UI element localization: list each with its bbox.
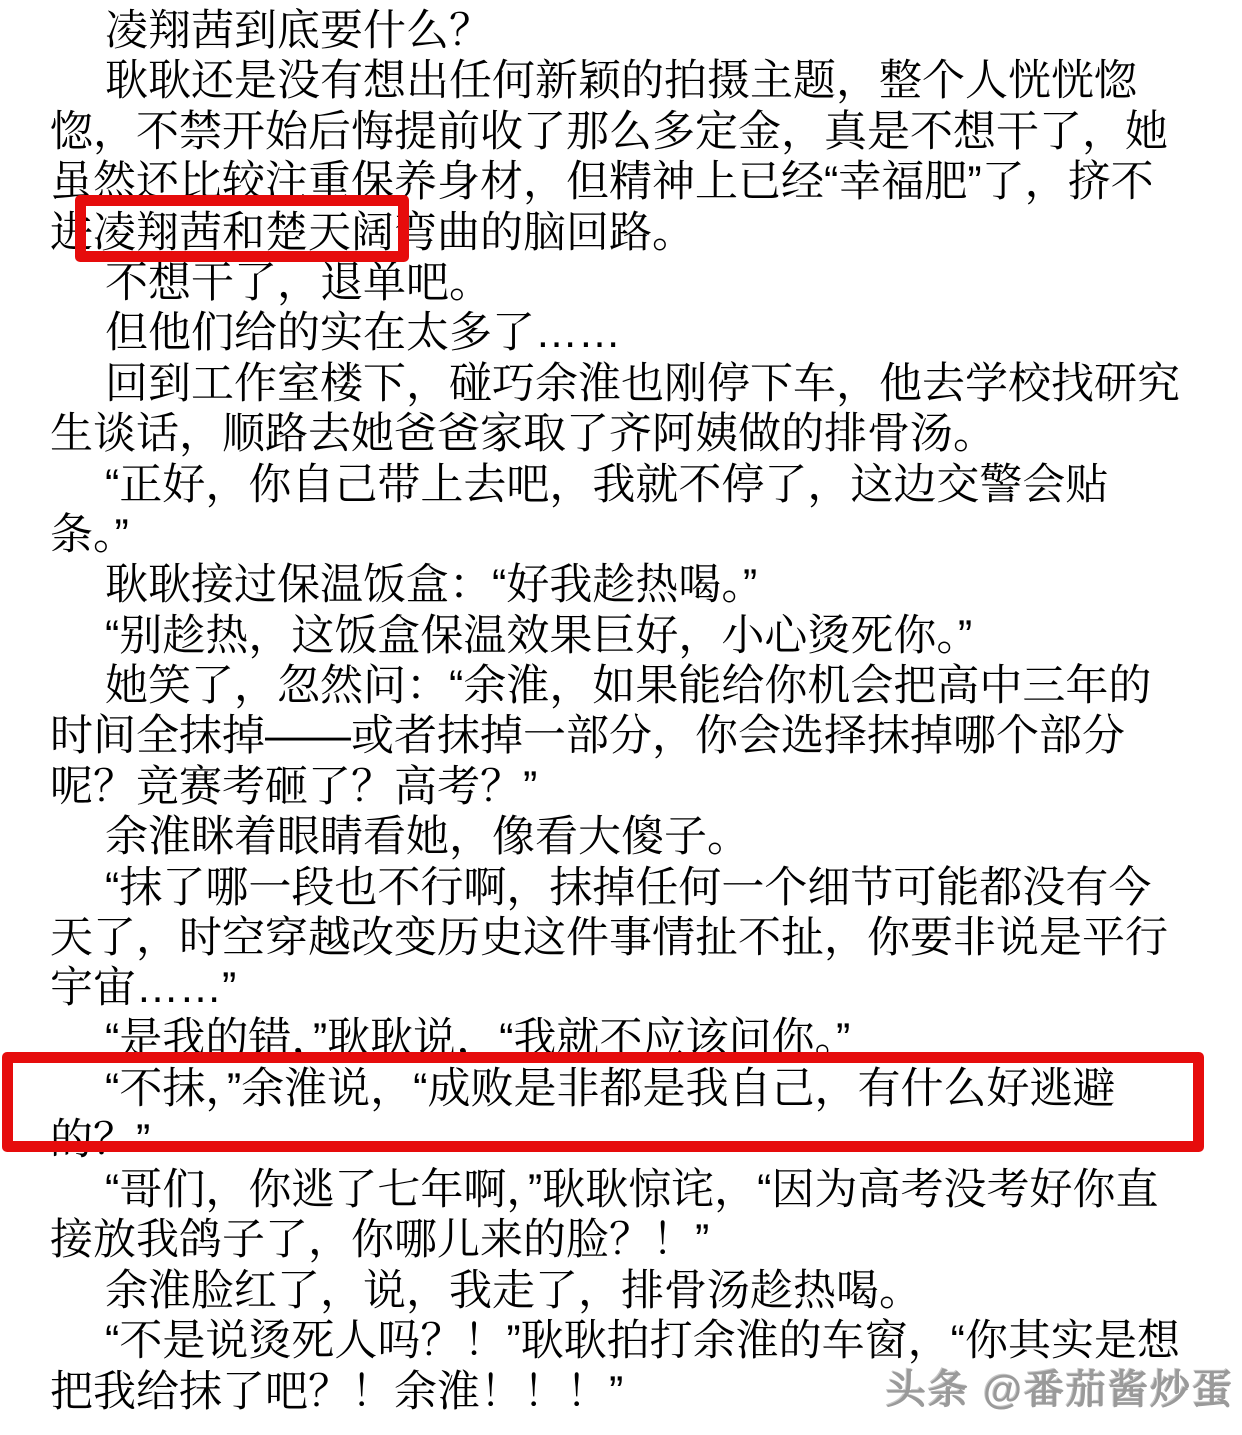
text-line: 虽然还比较注重保养身材，但精神上已经“幸福肥”了，挤不 bbox=[50, 157, 1230, 207]
text-line: “别趁热，这饭盒保温效果巨好，小心烫死你。” bbox=[50, 611, 1230, 661]
text-line: 不想干了，退单吧。 bbox=[50, 258, 1230, 308]
text-line: “抹了哪一段也不行啊，抹掉任何一个细节可能都没有今 bbox=[50, 863, 1230, 913]
text-line: 但他们给的实在太多了…… bbox=[50, 308, 1230, 358]
novel-text-page: 凌翔茜到底要什么？耿耿还是没有想出任何新颖的拍摄主题，整个人恍恍惚惚，不禁开始后… bbox=[50, 6, 1230, 1417]
text-line: 她笑了，忽然问：“余淮，如果能给你机会把高中三年的 bbox=[50, 661, 1230, 711]
text-line: 余淮脸红了，说，我走了，排骨汤趁热喝。 bbox=[50, 1266, 1230, 1316]
text-line: 接放我鸽子了，你哪儿来的脸？！” bbox=[50, 1215, 1230, 1265]
text-line: “哥们，你逃了七年啊，”耿耿惊诧，“因为高考没考好你直 bbox=[50, 1165, 1230, 1215]
text-line: 天了，时空穿越改变历史这件事情扯不扯，你要非说是平行 bbox=[50, 913, 1230, 963]
text-line: “正好，你自己带上去吧，我就不停了，这边交警会贴 bbox=[50, 460, 1230, 510]
text-line: 条。” bbox=[50, 510, 1230, 560]
text-line: 回到工作室楼下，碰巧余淮也刚停下车，他去学校找研究 bbox=[50, 359, 1230, 409]
text-line: 进凌翔茜和楚天阔弯曲的脑回路。 bbox=[50, 208, 1230, 258]
text-line: 惚，不禁开始后悔提前收了那么多定金，真是不想干了，她 bbox=[50, 107, 1230, 157]
text-line: 耿耿还是没有想出任何新颖的拍摄主题，整个人恍恍惚 bbox=[50, 56, 1230, 106]
text-line: 生谈话，顺路去她爸爸家取了齐阿姨做的排骨汤。 bbox=[50, 409, 1230, 459]
text-line: 耿耿接过保温饭盒：“好我趁热喝。” bbox=[50, 560, 1230, 610]
text-line: 时间全抹掉——或者抹掉一部分，你会选择抹掉哪个部分 bbox=[50, 711, 1230, 761]
text-line: “不抹，”余淮说，“成败是非都是我自己，有什么好逃避 bbox=[50, 1064, 1230, 1114]
text-line: “是我的错，”耿耿说，“我就不应该问你。” bbox=[50, 1014, 1230, 1064]
text-line: 凌翔茜到底要什么？ bbox=[50, 6, 1230, 56]
text-line: 宇宙……” bbox=[50, 963, 1230, 1013]
text-line: 呢？竞赛考砸了？高考？” bbox=[50, 762, 1230, 812]
watermark: 头条 @番茄酱炒蛋 bbox=[886, 1358, 1234, 1415]
text-line: 的？” bbox=[50, 1115, 1230, 1165]
text-line: 余淮眯着眼睛看她，像看大傻子。 bbox=[50, 812, 1230, 862]
